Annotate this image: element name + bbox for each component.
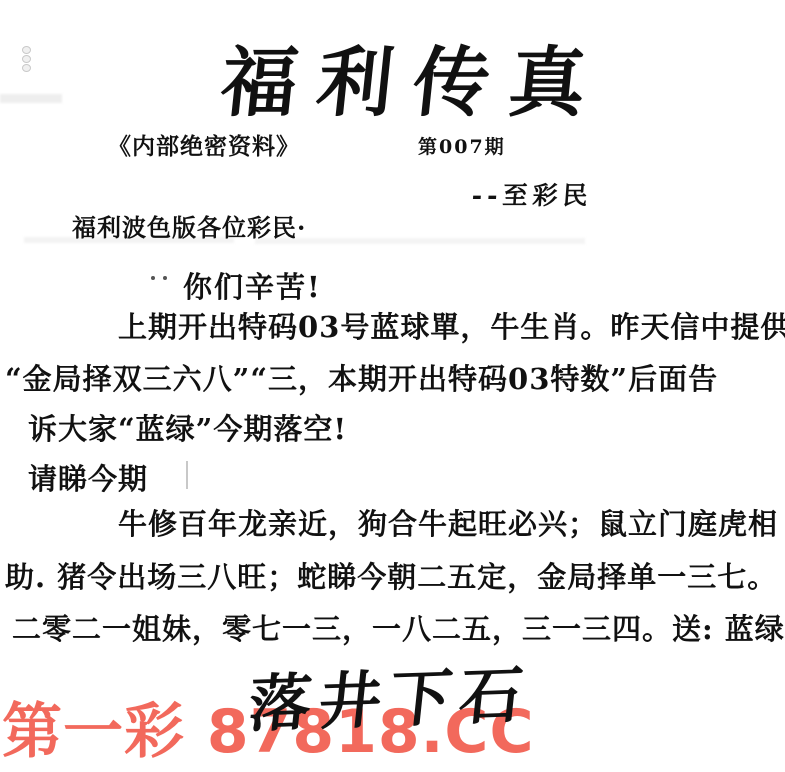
footer-calligraphy: 落井下石 (245, 645, 536, 744)
body-line-6: 助. 猪令出场三八旺；蛇睇今朝二五定，金局择单一三七。 (5, 555, 777, 596)
scan-artifact-streak (0, 94, 62, 103)
body-line-7: 二零二一姐妹，零七一三，一八二五，三一三四。送: 蓝绿 (12, 607, 785, 648)
audience-line: 福利波色版各位彩民· (72, 208, 306, 243)
secret-material-label: 《内部绝密资料》 (108, 128, 300, 161)
greeting-line: 你们辛苦! (183, 265, 322, 306)
scan-artifact-specks (22, 46, 32, 72)
document-title: 福利传真 (216, 22, 611, 131)
issue-number: 第007期 (418, 132, 506, 159)
body-line-1: 上期开出特码03号蓝球單，牛生肖。昨天信中提供 (118, 305, 785, 346)
body-line-4: 请睇今期 (28, 457, 148, 498)
fax-document-page: 福利传真 《内部绝密资料》 第007期 --至彩民 福利波色版各位彩民· 你们辛… (0, 0, 785, 772)
body-line-3: 诉大家“蓝绿”今期落空! (28, 407, 347, 448)
body-line-2: “金局择双三六八”“三，本期开出特码03特数”后面告 (5, 357, 718, 398)
scan-artifact-dots (151, 276, 177, 284)
scan-artifact-tick (186, 461, 188, 489)
body-line-5: 牛修百年龙亲近，狗合牛起旺必兴；鼠立门庭虎相 (118, 502, 778, 543)
salutation-to-players: --至彩民 (471, 176, 594, 212)
